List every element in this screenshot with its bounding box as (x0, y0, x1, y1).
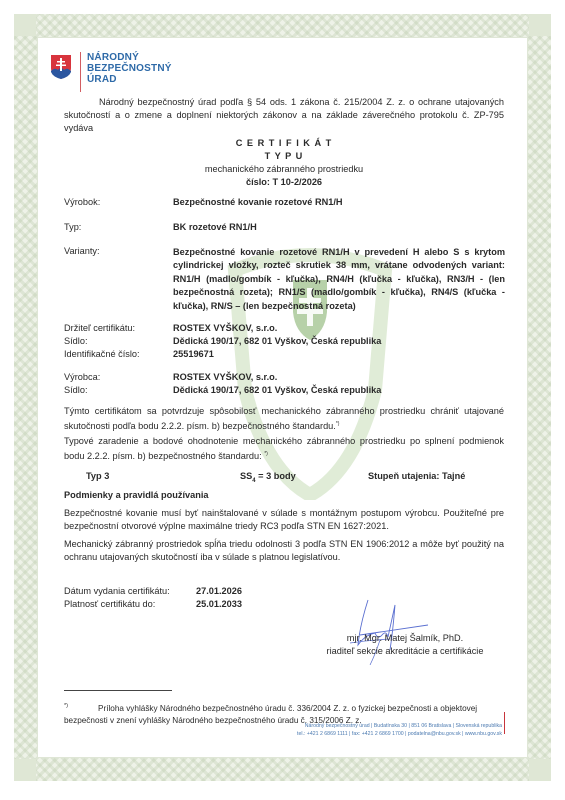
capability-paragraph: Týmto certifikátom sa potvrdzuje spôsobi… (64, 405, 504, 433)
capability-text: Týmto certifikátom sa potvrdzuje spôsobi… (64, 406, 504, 431)
score-suffix: = 3 body (256, 471, 296, 481)
validity-date-label: Platnosť certifikátu do: (64, 598, 155, 611)
nbu-logo: NÁRODNÝ BEZPEČNOSTNÝ ÚRAD (50, 52, 172, 92)
issue-date-value: 27.01.2026 (196, 585, 242, 598)
type-label: Typ: (64, 222, 81, 232)
certificate-title: C E R T I F I K Á T (64, 137, 504, 150)
holder-id-value: 25519671 (173, 349, 214, 359)
footnote-ref: *) (336, 421, 340, 427)
intro-paragraph: Národný bezpečnostný úrad podľa § 54 ods… (64, 96, 504, 135)
footnote-divider (64, 690, 172, 691)
signatory-name: mjr. Mgr. Matej Šalmík, PhD. (300, 632, 510, 645)
footnote-ref: *) (264, 451, 268, 457)
conditions-paragraph-2: Mechanický zábranný prostriedok spĺňa tr… (64, 538, 504, 564)
rating-score: SS4 = 3 body (240, 470, 296, 488)
certificate-subtitle: T Y P U (64, 150, 504, 163)
holder-id-label: Identifikačné číslo: (64, 349, 140, 359)
variants-label: Varianty: (64, 246, 100, 256)
certificate-subject: mechanického zábranného prostriedku (64, 163, 504, 176)
logo-line: BEZPEČNOSTNÝ (87, 63, 172, 74)
logo-line: NÁRODNÝ (87, 52, 172, 63)
type-value: BK rozetové RN1/H (173, 222, 257, 232)
logo-divider (80, 52, 81, 92)
address-accent-bar (504, 712, 505, 734)
product-value: Bezpečnostné kovanie rozetové RN1/H (173, 197, 343, 207)
holder-label: Držiteľ certifikátu: (64, 323, 135, 333)
certificate-number: číslo: T 10-2/2026 (64, 176, 504, 189)
rating-type: Typ 3 (86, 470, 109, 483)
manufacturer-label: Výrobca: (64, 372, 100, 382)
manufacturer-seat-label: Sídlo: (64, 385, 88, 395)
signatory-role: riaditeľ sekcie akreditácie a certifikác… (300, 645, 510, 658)
validity-date-value: 25.01.2033 (196, 598, 242, 611)
office-contacts: tel.: +421 2 6869 1111 | fax: +421 2 686… (297, 731, 502, 737)
holder-value: ROSTEX VYŠKOV, s.r.o. (173, 323, 277, 333)
document-content: NÁRODNÝ BEZPEČNOSTNÝ ÚRAD Národný bezpeč… (0, 0, 565, 800)
logo-line: ÚRAD (87, 74, 172, 85)
product-label: Výrobok: (64, 197, 100, 207)
office-address: Národný bezpečnostný úrad | Budatínska 3… (305, 723, 502, 729)
holder-seat-label: Sídlo: (64, 336, 88, 346)
variants-value: Bezpečnostné kovanie rozetové RN1/H v pr… (173, 246, 505, 313)
holder-seat-value: Dědická 190/17, 682 01 Vyškov, Česká rep… (173, 336, 381, 346)
manufacturer-value: ROSTEX VYŠKOV, s.r.o. (173, 372, 277, 382)
issue-date-label: Dátum vydania certifikátu: (64, 585, 170, 598)
classification-paragraph: Typové zaradenie a bodové ohodnotenie me… (64, 435, 504, 463)
slovak-coat-of-arms-icon (50, 54, 72, 80)
manufacturer-seat-value: Dědická 190/17, 682 01 Vyškov, Česká rep… (173, 385, 381, 395)
certificate-page: NÁRODNÝ BEZPEČNOSTNÝ ÚRAD Národný bezpeč… (0, 0, 565, 800)
classification-text: Typové zaradenie a bodové ohodnotenie me… (64, 436, 504, 461)
logo-wordmark: NÁRODNÝ BEZPEČNOSTNÝ ÚRAD (87, 52, 172, 85)
conditions-heading: Podmienky a pravidlá používania (64, 489, 209, 502)
classification-level: Stupeň utajenia: Tajné (368, 470, 465, 483)
footnote-mark: *) (64, 700, 68, 713)
score-prefix: SS (240, 471, 252, 481)
conditions-paragraph-1: Bezpečnostné kovanie musí byť nainštalov… (64, 507, 504, 533)
